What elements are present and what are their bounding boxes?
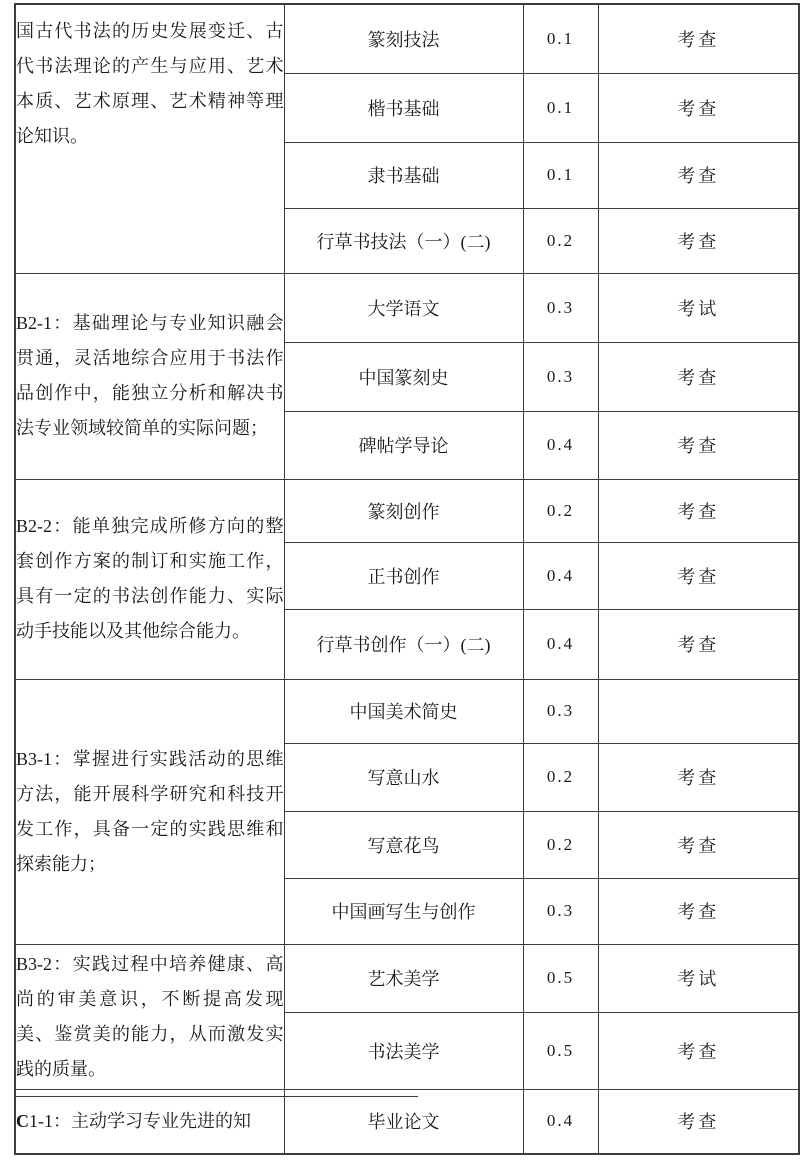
course-name-cell: 毕业论文 — [284, 1089, 523, 1154]
course-row: B2-2：能单独完成所修方向的整套创作方案的制订和实施工作，具有一定的书法创作能… — [15, 479, 799, 542]
curriculum-matrix-table: 国古代书法的历史发展变迁、古代书法理论的产生与应用、艺术本质、艺术原理、艺术精神… — [14, 3, 800, 1155]
weight-cell: 0.4 — [523, 609, 598, 679]
course-name-cell: 大学语文 — [284, 273, 523, 342]
course-name-cell: 中国画写生与创作 — [284, 878, 523, 944]
course-name-cell: 写意山水 — [284, 743, 523, 811]
course-name-cell: 正书创作 — [284, 542, 523, 609]
course-name-cell: 篆刻创作 — [284, 479, 523, 542]
requirement-cell: 国古代书法的历史发展变迁、古代书法理论的产生与应用、艺术本质、艺术原理、艺术精神… — [15, 4, 284, 273]
course-name-cell: 行草书技法（一）(二) — [284, 208, 523, 273]
weight-cell: 0.2 — [523, 743, 598, 811]
document-page: 国古代书法的历史发展变迁、古代书法理论的产生与应用、艺术本质、艺术原理、艺术精神… — [0, 0, 808, 1167]
course-name-cell: 中国篆刻史 — [284, 342, 523, 411]
table-split-line — [14, 1096, 418, 1097]
course-name-cell: 隶书基础 — [284, 142, 523, 208]
requirement-cell: B3-2：实践过程中培养健康、高尚的审美意识，不断提高发现美、鉴赏美的能力，从而… — [15, 944, 284, 1089]
course-row: B2-1：基础理论与专业知识融会贯通，灵活地综合应用于书法作品创作中，能独立分析… — [15, 273, 799, 342]
weight-cell: 0.5 — [523, 1012, 598, 1089]
assessment-cell: 考查 — [598, 73, 799, 142]
assessment-cell: 考查 — [598, 743, 799, 811]
assessment-cell: 考查 — [598, 342, 799, 411]
course-name-cell: 书法美学 — [284, 1012, 523, 1089]
requirement-cell: B2-1：基础理论与专业知识融会贯通，灵活地综合应用于书法作品创作中，能独立分析… — [15, 273, 284, 479]
assessment-cell: 考查 — [598, 142, 799, 208]
course-row: B3-2：实践过程中培养健康、高尚的审美意识，不断提高发现美、鉴赏美的能力，从而… — [15, 944, 799, 1012]
weight-cell: 0.3 — [523, 679, 598, 743]
weight-cell: 0.2 — [523, 479, 598, 542]
requirement-text: B3-1：掌握进行实践活动的思维方法，能开展科学研究和科技开发工作，具备一定的实… — [16, 749, 284, 874]
requirement-text: 国古代书法的历史发展变迁、古代书法理论的产生与应用、艺术本质、艺术原理、艺术精神… — [16, 21, 284, 146]
assessment-cell: 考查 — [598, 542, 799, 609]
weight-cell: 0.4 — [523, 1089, 598, 1154]
assessment-cell: 考查 — [598, 479, 799, 542]
assessment-cell — [598, 679, 799, 743]
weight-cell: 0.3 — [523, 342, 598, 411]
assessment-cell: 考查 — [598, 411, 799, 479]
course-row: B3-1：掌握进行实践活动的思维方法，能开展科学研究和科技开发工作，具备一定的实… — [15, 679, 799, 743]
weight-cell: 0.3 — [523, 878, 598, 944]
assessment-cell: 考查 — [598, 609, 799, 679]
weight-cell: 0.1 — [523, 142, 598, 208]
weight-cell: 0.1 — [523, 73, 598, 142]
course-name-cell: 写意花鸟 — [284, 811, 523, 878]
weight-cell: 0.3 — [523, 273, 598, 342]
requirement-cell: C1-1：主动学习专业先进的知 — [15, 1089, 284, 1154]
weight-cell: 0.1 — [523, 4, 598, 73]
course-row: C1-1：主动学习专业先进的知 毕业论文 0.4 考查 — [15, 1089, 799, 1154]
requirement-cell: B2-2：能单独完成所修方向的整套创作方案的制订和实施工作，具有一定的书法创作能… — [15, 479, 284, 679]
requirement-text: B2-2：能单独完成所修方向的整套创作方案的制订和实施工作，具有一定的书法创作能… — [16, 516, 284, 641]
assessment-cell: 考试 — [598, 273, 799, 342]
requirement-cell: B3-1：掌握进行实践活动的思维方法，能开展科学研究和科技开发工作，具备一定的实… — [15, 679, 284, 944]
course-name-cell: 中国美术简史 — [284, 679, 523, 743]
weight-cell: 0.4 — [523, 411, 598, 479]
weight-cell: 0.2 — [523, 811, 598, 878]
assessment-cell: 考查 — [598, 811, 799, 878]
course-name-cell: 篆刻技法 — [284, 4, 523, 73]
requirement-text: B3-2：实践过程中培养健康、高尚的审美意识，不断提高发现美、鉴赏美的能力，从而… — [16, 954, 284, 1079]
requirement-text: 1-1：主动学习专业先进的知 — [29, 1111, 251, 1131]
assessment-cell: 考查 — [598, 1012, 799, 1089]
requirement-text: B2-1：基础理论与专业知识融会贯通，灵活地综合应用于书法作品创作中，能独立分析… — [16, 313, 284, 438]
course-name-cell: 艺术美学 — [284, 944, 523, 1012]
assessment-cell: 考查 — [598, 208, 799, 273]
course-name-cell: 行草书创作（一）(二) — [284, 609, 523, 679]
weight-cell: 0.5 — [523, 944, 598, 1012]
assessment-cell: 考试 — [598, 944, 799, 1012]
assessment-cell: 考查 — [598, 4, 799, 73]
course-name-cell: 楷书基础 — [284, 73, 523, 142]
assessment-cell: 考查 — [598, 1089, 799, 1154]
course-row: 国古代书法的历史发展变迁、古代书法理论的产生与应用、艺术本质、艺术原理、艺术精神… — [15, 4, 799, 73]
requirement-id: C — [16, 1111, 29, 1131]
weight-cell: 0.4 — [523, 542, 598, 609]
weight-cell: 0.2 — [523, 208, 598, 273]
assessment-cell: 考查 — [598, 878, 799, 944]
course-name-cell: 碑帖学导论 — [284, 411, 523, 479]
